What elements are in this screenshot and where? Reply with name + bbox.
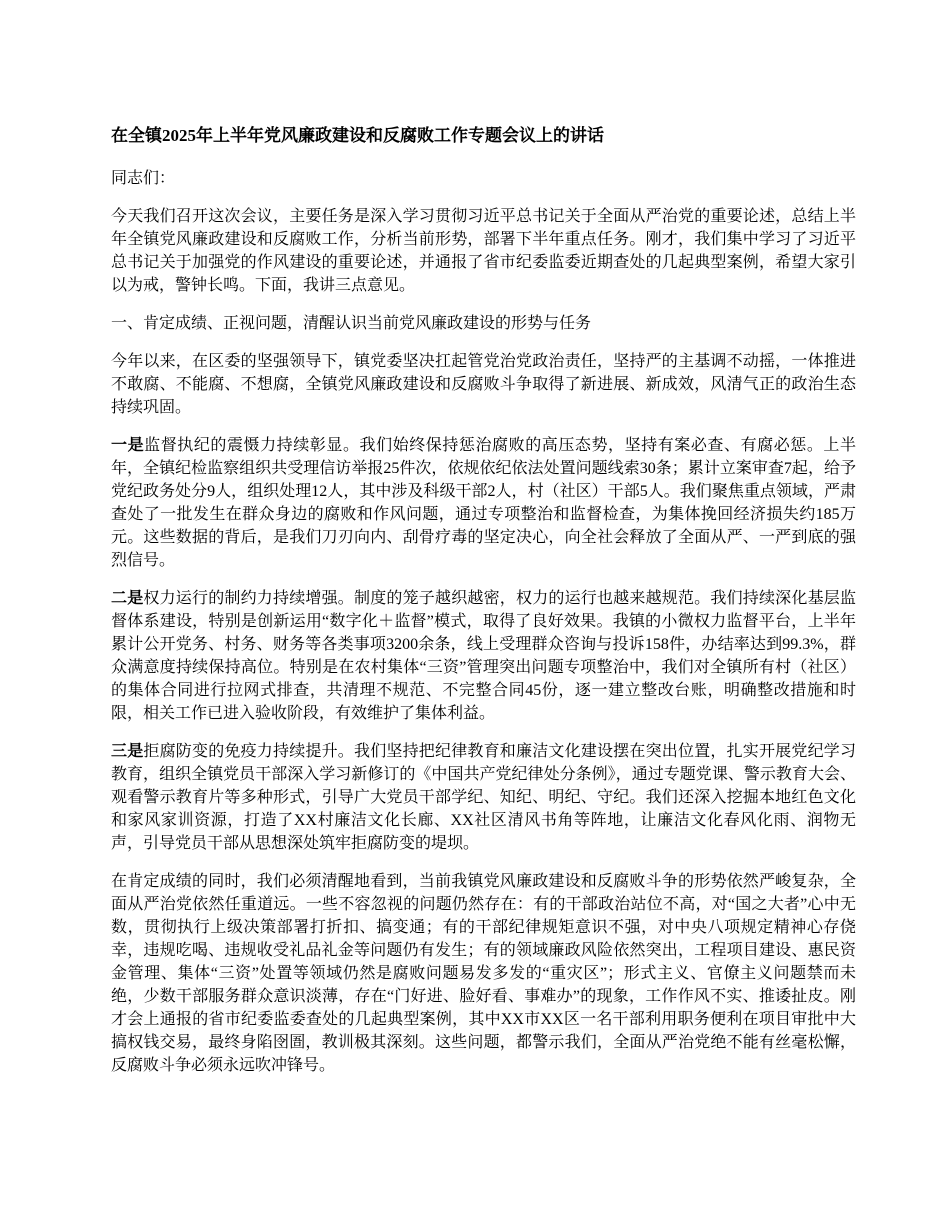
point-3-text: 拒腐防变的免疫力持续提升。我们坚持把纪律教育和廉洁文化建设摆在突出位置，扎实开展…	[111, 743, 856, 852]
point-paragraph-2: 二是权力运行的制约力持续增强。制度的笼子越织越密，权力的运行也越来越规范。我们持…	[111, 587, 856, 725]
point-2-text: 权力运行的制约力持续增强。制度的笼子越织越密，权力的运行也越来越规范。我们持续深…	[111, 590, 856, 722]
point-1-lead: 一是	[111, 437, 144, 454]
section-heading: 一、肯定成绩、正视问题，清醒认识当前党风廉政建设的形势与任务	[111, 312, 856, 335]
point-paragraph-1: 一是监督执纪的震慑力持续彰显。我们始终保持惩治腐败的高压态势，坚持有案必查、有腐…	[111, 434, 856, 572]
greeting-line: 同志们：	[111, 167, 856, 190]
document-title: 在全镇2025年上半年党风廉政建设和反腐败工作专题会议上的讲话	[111, 124, 856, 148]
point-paragraph-3: 三是拒腐防变的免疫力持续提升。我们坚持把纪律教育和廉洁文化建设摆在突出位置，扎实…	[111, 740, 856, 855]
intro-paragraph: 今天我们召开这次会议，主要任务是深入学习贯彻习近平总书记关于全面从严治党的重要论…	[111, 205, 856, 297]
point-1-text: 监督执纪的震慑力持续彰显。我们始终保持惩治腐败的高压态势，坚持有案必查、有腐必惩…	[111, 437, 856, 569]
overview-paragraph: 今年以来，在区委的坚强领导下，镇党委坚决扛起管党治党政治责任，坚持严的主基调不动…	[111, 350, 856, 419]
closing-paragraph: 在肯定成绩的同时，我们必须清醒地看到，当前我镇党风廉政建设和反腐败斗争的形势依然…	[111, 870, 856, 1077]
point-3-lead: 三是	[111, 743, 143, 760]
point-2-lead: 二是	[111, 590, 143, 607]
document-page: 在全镇2025年上半年党风廉政建设和反腐败工作专题会议上的讲话 同志们： 今天我…	[0, 0, 950, 1230]
